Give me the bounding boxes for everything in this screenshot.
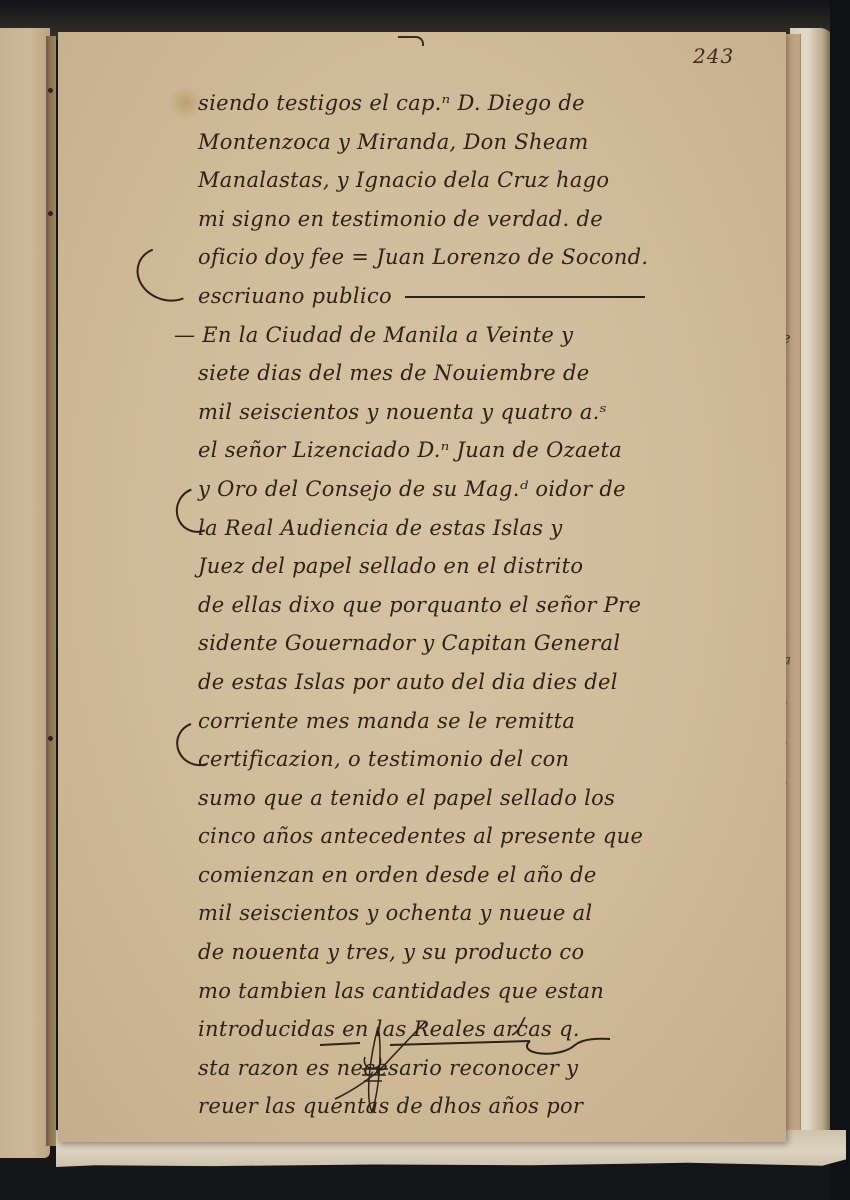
binding-hole <box>48 88 53 93</box>
manuscript-line: comienzan en orden desde el año de <box>198 856 668 895</box>
manuscript-line-with-rule: escriuano publico <box>198 277 668 316</box>
manuscript-line: mil seiscientos y nouenta y quatro a.ˢ <box>198 393 668 432</box>
binding-hole <box>48 736 53 741</box>
manuscript-line: — En la Ciudad de Manila a Veinte y <box>174 316 668 355</box>
signature-rubric-icon <box>320 1017 620 1127</box>
ink-mark <box>398 36 424 46</box>
scanned-manuscript-scene: se 1ª o o o 243 siendo testigos el cap.ⁿ… <box>0 0 850 1200</box>
manuscript-text: siendo testigos el cap.ⁿ D. Diego de Mon… <box>198 84 668 1126</box>
manuscript-line: la Real Audiencia de estas Islas y <box>198 509 668 548</box>
margin-flourish <box>129 238 208 311</box>
manuscript-line: de ellas dixo que porquanto el señor Pre <box>198 586 668 625</box>
manuscript-line: y Oro del Consejo de su Mag.ᵈ oidor de <box>198 470 668 509</box>
manuscript-line: de estas Islas por auto del dia dies del <box>198 663 668 702</box>
manuscript-folio: 243 siendo testigos el cap.ⁿ D. Diego de… <box>58 32 786 1142</box>
binding-gutter <box>46 36 56 1146</box>
manuscript-line: de nouenta y tres, y su producto co <box>198 933 668 972</box>
manuscript-line: oficio doy fee = Juan Lorenzo de Socond. <box>198 238 668 277</box>
manuscript-line: mi signo en testimonio de verdad. de <box>198 200 668 239</box>
manuscript-line: mo tambien las cantidades que estan <box>198 972 668 1011</box>
right-shadow <box>830 0 850 1200</box>
manuscript-line: sumo que a tenido el papel sellado los <box>198 779 668 818</box>
manuscript-line: sidente Gouernador y Capitan General <box>198 624 668 663</box>
manuscript-line: siendo testigos el cap.ⁿ D. Diego de <box>198 84 668 123</box>
previous-page-edge <box>0 28 50 1158</box>
manuscript-line: cinco años antecedentes al presente que <box>198 817 668 856</box>
binding-hole <box>48 211 53 216</box>
line-text: escriuano publico <box>198 284 392 308</box>
manuscript-line: corriente mes manda se le remitta <box>198 702 668 741</box>
manuscript-line: siete dias del mes de Nouiembre de <box>198 354 668 393</box>
manuscript-line: Juez del papel sellado en el distrito <box>198 547 668 586</box>
manuscript-line: mil seiscientos y ochenta y nueue al <box>198 894 668 933</box>
folio-number: 243 <box>693 44 734 68</box>
manuscript-line: Manalastas, y Ignacio dela Cruz hago <box>198 161 668 200</box>
line-filler-rule <box>405 296 645 298</box>
manuscript-line: el señor Lizenciado D.ⁿ Juan de Ozaeta <box>198 431 668 470</box>
manuscript-line: Montenzoca y Miranda, Don Sheam <box>198 123 668 162</box>
manuscript-line: certificazion, o testimonio del con <box>198 740 668 779</box>
